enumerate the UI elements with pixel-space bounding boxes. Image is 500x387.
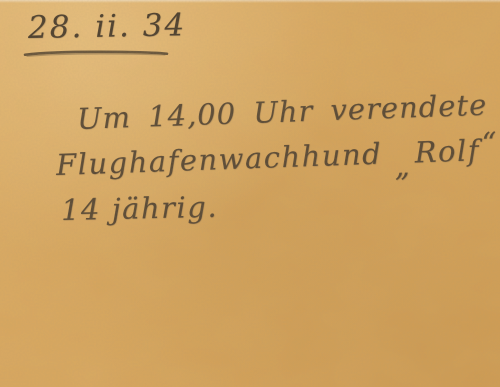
opening-low-quote: „ — [394, 149, 412, 184]
dog-name: Rolf — [414, 133, 480, 169]
closing-quote: “ — [481, 126, 499, 161]
note-line-2: Flughafenwachhund„Rolf“ — [55, 133, 498, 182]
note-line-2-word: Flughafenwachhund — [55, 137, 382, 182]
note-card: 28. ii. 34 Um 14,00 Uhr verendete der Fl… — [0, 0, 500, 387]
note-line-1: Um 14,00 Uhr verendete der — [76, 85, 500, 136]
date-text: 28. ii. 34 — [28, 7, 187, 46]
note-line-3: 14 jährig. — [61, 190, 219, 227]
date-underline — [22, 46, 170, 60]
